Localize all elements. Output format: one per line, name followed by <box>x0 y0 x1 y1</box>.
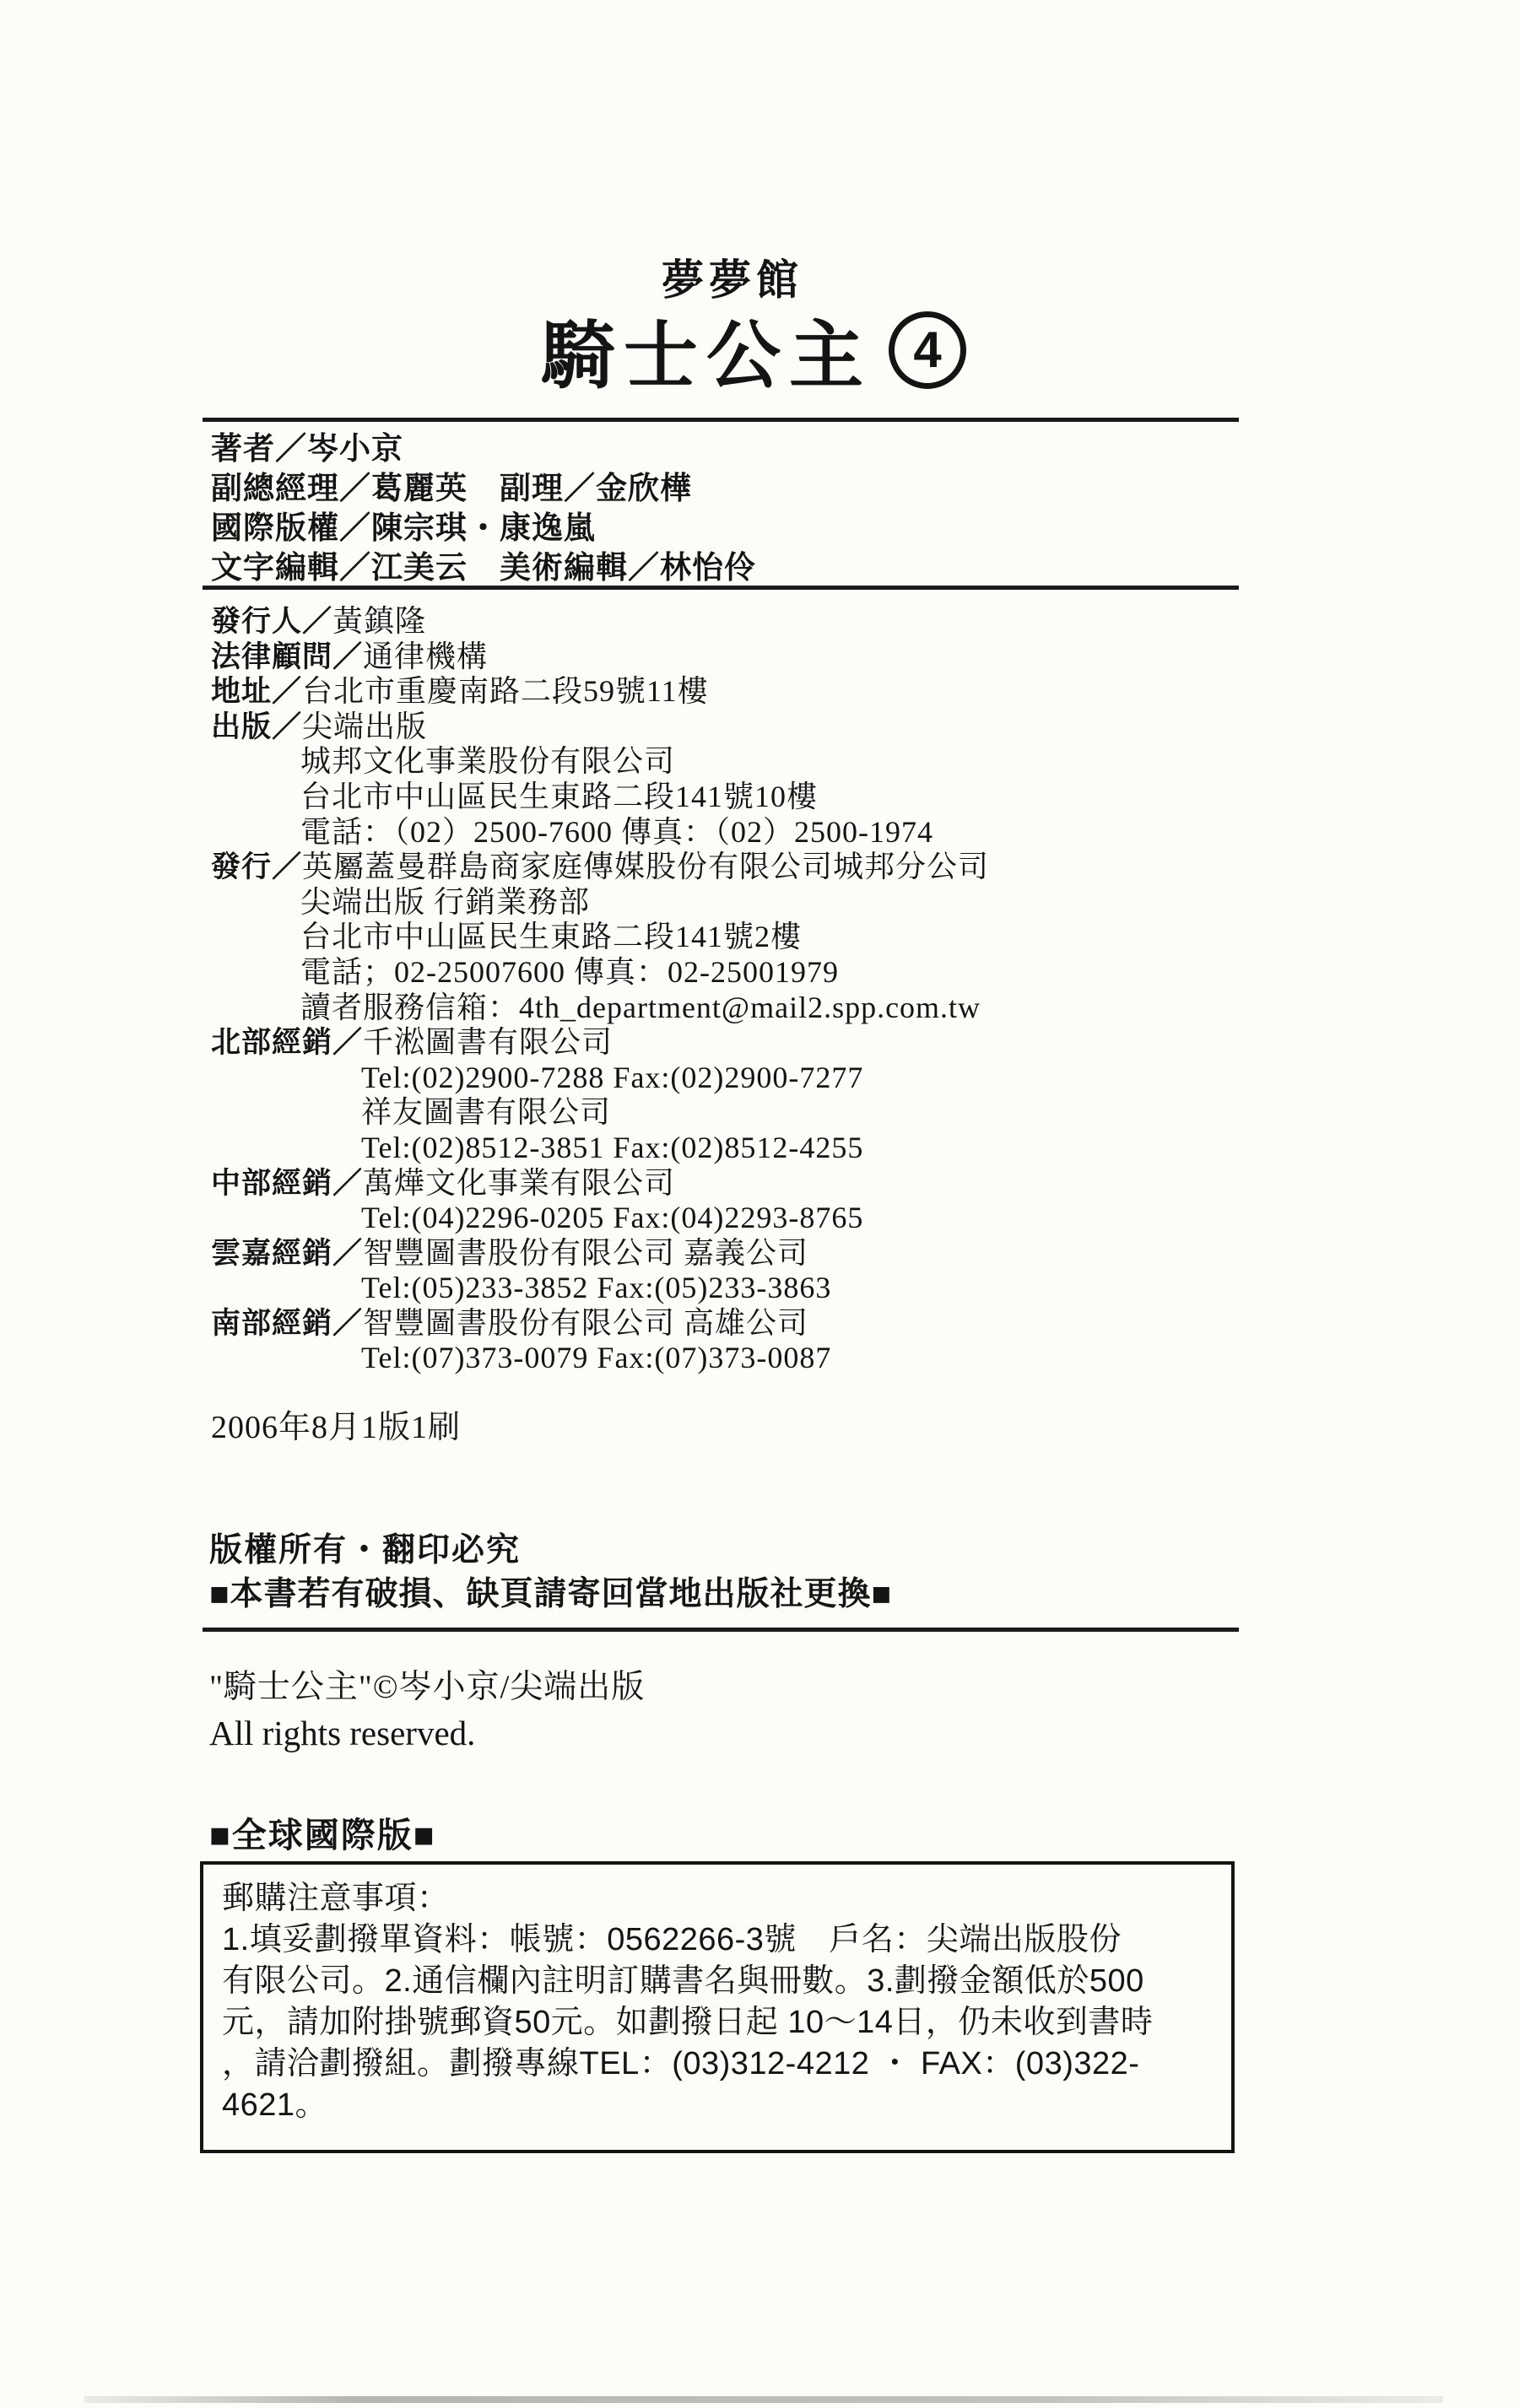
publication-line: Tel:(04)2296-0205 Fax:(04)2293-8765 <box>211 1201 989 1236</box>
mail-order-line: ，請洽劃撥組。劃撥專線TEL：(03)312-4212 ・ FAX：(03)32… <box>222 2044 1213 2085</box>
publication-line: 城邦文化事業股份有限公司 <box>211 744 989 780</box>
publication-line: 發行／英屬蓋曼群島商家庭傳媒股份有限公司城邦分公司 <box>211 850 989 885</box>
publication-line: 地址／台北市重慶南路二段59號11樓 <box>211 674 989 710</box>
mail-order-heading: 郵購注意事項： <box>222 1878 1213 1919</box>
publication-line: 北部經銷／千淞圖書有限公司 <box>211 1025 989 1061</box>
publication-line: 法律顧問／通律機構 <box>211 640 989 675</box>
international-edition-badge: ■全球國際版■ <box>209 1807 436 1857</box>
rights-reserved-line: 版權所有・翻印必究 <box>209 1524 521 1571</box>
damaged-copy-notice: ■本書若有破損、缺頁請寄回當地出版社更換■ <box>209 1568 892 1615</box>
publication-line: Tel:(02)2900-7288 Fax:(02)2900-7277 <box>211 1061 989 1096</box>
credit-line: 著者／岑小京 <box>211 429 756 468</box>
divider-rule-rights-bottom <box>203 1628 1239 1632</box>
publication-line: 中部經銷／萬燁文化事業有限公司 <box>211 1166 989 1201</box>
mail-order-line: 有限公司。2.通信欄內註明訂購書名與冊數。3.劃撥金額低於500 <box>222 1961 1213 2002</box>
publication-line: 出版／尖端出版 <box>211 710 989 745</box>
publication-line: 電話：（02）2500-7600 傳真：（02）2500-1974 <box>211 815 989 850</box>
publication-line reader-service-email: 讀者服務信箱：4th_department@mail2.spp.com.tw <box>211 991 989 1026</box>
mail-order-line: 元，請加附掛號郵資50元。如劃撥日起 10～14日，仍未收到書時 <box>222 2002 1213 2044</box>
publication-line: 南部經銷／智豐圖書股份有限公司 高雄公司 <box>211 1306 989 1342</box>
credit-line: 文字編輯／江美云 美術編輯／林怡伶 <box>211 548 756 587</box>
all-rights-reserved-line: All rights reserved. <box>209 1713 475 1753</box>
copyright-line: "騎士公主"©岑小京/尖端出版 <box>209 1660 645 1708</box>
scan-edge-artifact <box>84 2396 1443 2403</box>
mail-order-notice-box: 郵購注意事項： 1.填妥劃撥單資料：帳號：0562266-3號 戶名：尖端出版股… <box>200 1861 1235 2153</box>
divider-rule-top <box>203 418 1239 422</box>
credits-block: 著者／岑小京 副總經理／葛麗英 副理／金欣樺 國際版權／陳宗琪・康逸嵐 文字編輯… <box>211 429 756 587</box>
publication-line: 祥友圖書有限公司 <box>211 1095 989 1131</box>
credit-line: 副總經理／葛麗英 副理／金欣樺 <box>211 468 756 508</box>
book-title: 騎士公主4 <box>226 297 1239 403</box>
printing-date: 2006年8月1版1刷 <box>211 1401 461 1447</box>
publication-line: 台北市中山區民生東路二段141號10樓 <box>211 780 989 815</box>
publication-line: 電話；02-25007600 傳真：02-25001979 <box>211 955 989 991</box>
publication-block: 發行人／黃鎮隆 法律顧問／通律機構 地址／台北市重慶南路二段59號11樓 出版／… <box>211 604 989 1376</box>
book-title-text: 騎士公主 <box>541 314 872 397</box>
publication-line: Tel:(05)233-3852 Fax:(05)233-3863 <box>211 1271 989 1306</box>
publication-line: Tel:(02)8512-3851 Fax:(02)8512-4255 <box>211 1131 989 1166</box>
credit-line: 國際版權／陳宗琪・康逸嵐 <box>211 508 756 548</box>
publication-line: Tel:(07)373-0079 Fax:(07)373-0087 <box>211 1341 989 1376</box>
volume-number-badge: 4 <box>889 311 966 389</box>
publication-line: 台北市中山區民生東路二段141號2樓 <box>211 920 989 955</box>
publication-line: 尖端出版 行銷業務部 <box>211 885 989 921</box>
colophon-page: { "page": { "imprint": "夢夢館", "title": "… <box>0 0 1519 2408</box>
publication-line: 發行人／黃鎮隆 <box>211 604 989 640</box>
publication-line: 雲嘉經銷／智豐圖書股份有限公司 嘉義公司 <box>211 1236 989 1271</box>
mail-order-line: 4621。 <box>222 2085 1213 2126</box>
mail-order-line: 1.填妥劃撥單資料：帳號：0562266-3號 戶名：尖端出版股份 <box>222 1919 1213 1961</box>
